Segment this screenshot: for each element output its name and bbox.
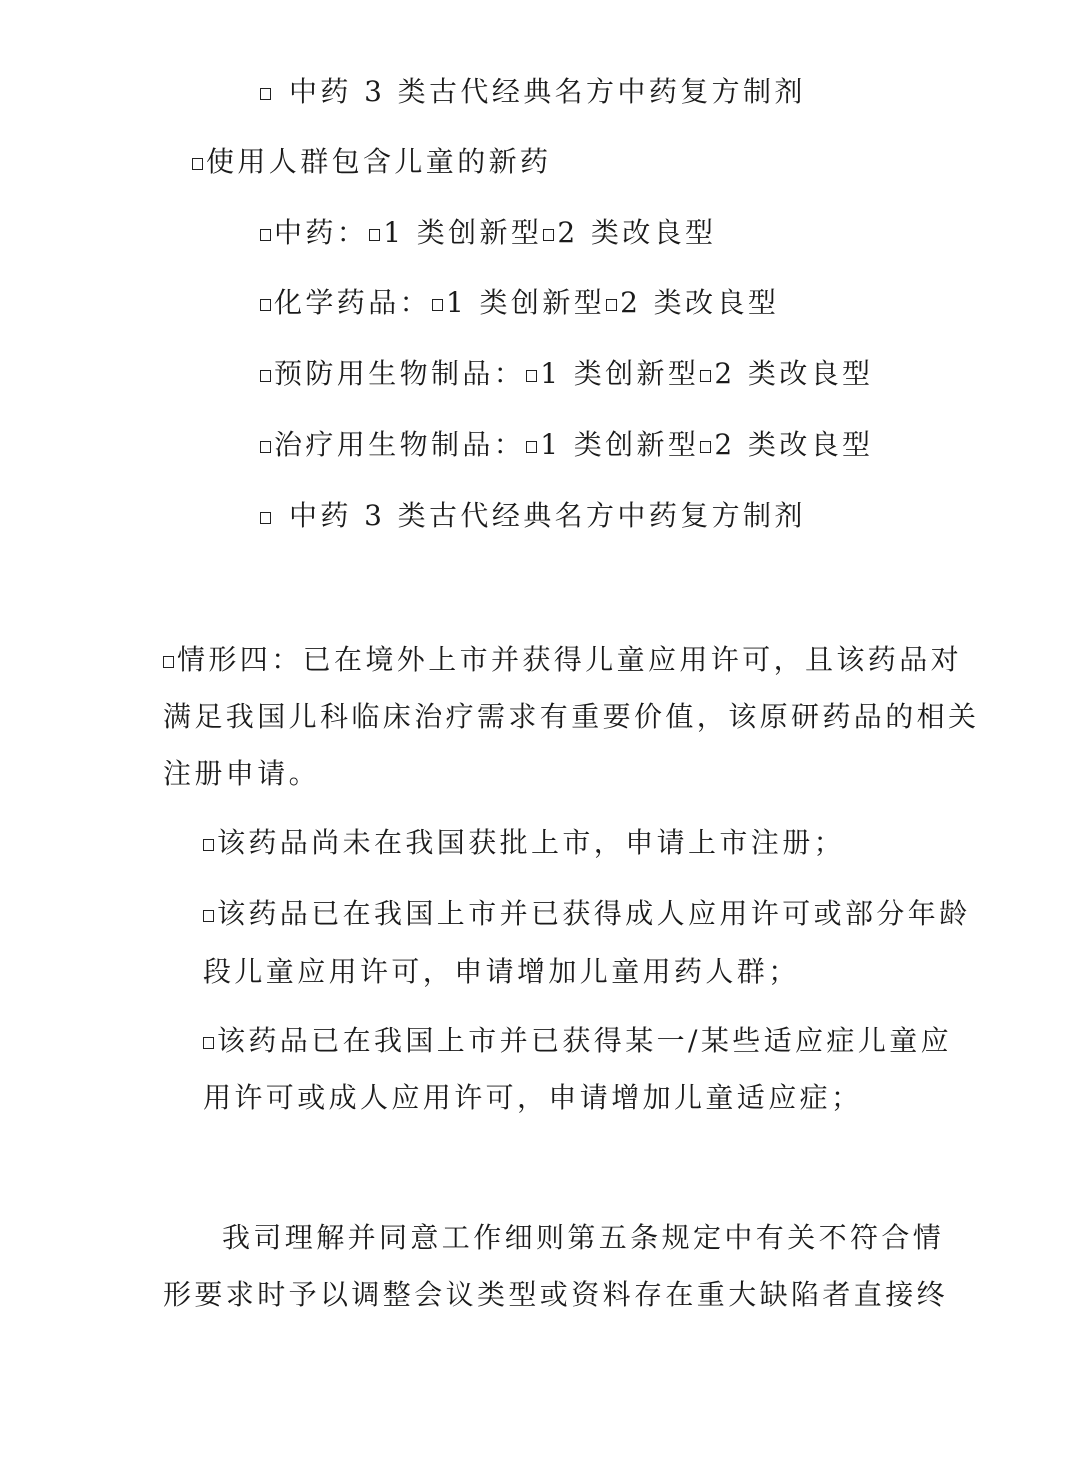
situation4-text-line2: 满足我国儿科临床治疗需求有重要价值，该原研药品的相关 <box>163 697 979 737</box>
option-improved: 2 类改良型 <box>620 286 779 319</box>
checkbox-icon[interactable] <box>203 1037 214 1049</box>
option-label: 中药 3 类古代经典名方中药复方制剂 <box>289 75 806 108</box>
situation4-suboption-add-population[interactable]: 该药品已在我国上市并已获得成人应用许可或部分年龄 <box>203 894 971 934</box>
checkbox-icon[interactable] <box>192 158 203 170</box>
checkbox-icon[interactable] <box>432 299 443 311</box>
option-improved: 2 类改良型 <box>714 428 873 461</box>
suboption-text-line2: 段儿童应用许可，申请增加儿童用药人群； <box>203 952 800 992</box>
category-label: 预防用生物制品： <box>274 357 525 390</box>
checkbox-icon[interactable] <box>260 512 271 524</box>
checkbox-icon[interactable] <box>260 299 271 311</box>
situation4-option[interactable]: 情形四：已在境外上市并获得儿童应用许可，且该药品对 <box>163 640 962 680</box>
tcm-class3-option-children[interactable]: 中药 3 类古代经典名方中药复方制剂 <box>260 496 806 536</box>
situation4-suboption-add-indication[interactable]: 该药品已在我国上市并已获得某一/某些适应症儿童应 <box>203 1021 952 1061</box>
option-improved: 2 类改良型 <box>714 357 873 390</box>
checkbox-icon[interactable] <box>203 910 214 922</box>
situation4-text-line3: 注册申请。 <box>163 754 320 794</box>
suboption-text: 该药品尚未在我国获批上市，申请上市注册； <box>217 826 845 859</box>
situation4-suboption-new-registration[interactable]: 该药品尚未在我国获批上市，申请上市注册； <box>203 823 845 863</box>
tcm-class3-option-top[interactable]: 中药 3 类古代经典名方中药复方制剂 <box>260 72 806 112</box>
checkbox-icon[interactable] <box>700 441 711 453</box>
option-innovative: 1 类创新型 <box>540 428 699 461</box>
children-item-therapeutic-biologics: 治疗用生物制品：1 类创新型2 类改良型 <box>260 425 873 465</box>
checkbox-icon[interactable] <box>369 229 380 241</box>
declaration-line1: 我司理解并同意工作细则第五条规定中有关不符合情 <box>222 1218 944 1258</box>
checkbox-icon[interactable] <box>543 229 554 241</box>
category-label: 化学药品： <box>274 286 431 319</box>
option-label: 中药 3 类古代经典名方中药复方制剂 <box>289 499 806 532</box>
option-innovative: 1 类创新型 <box>383 216 542 249</box>
children-item-chemical: 化学药品：1 类创新型2 类改良型 <box>260 283 779 323</box>
suboption-text-line1: 该药品已在我国上市并已获得某一/某些适应症儿童应 <box>217 1024 952 1057</box>
children-new-drug-heading[interactable]: 使用人群包含儿童的新药 <box>192 142 551 182</box>
checkbox-icon[interactable] <box>260 229 271 241</box>
checkbox-icon[interactable] <box>260 88 271 100</box>
children-item-preventive-biologics: 预防用生物制品：1 类创新型2 类改良型 <box>260 354 873 394</box>
checkbox-icon[interactable] <box>260 441 271 453</box>
declaration-line2: 形要求时予以调整会议类型或资料存在重大缺陷者直接终 <box>163 1275 948 1315</box>
option-innovative: 1 类创新型 <box>540 357 699 390</box>
option-improved: 2 类改良型 <box>557 216 716 249</box>
checkbox-icon[interactable] <box>526 441 537 453</box>
checkbox-icon[interactable] <box>526 370 537 382</box>
checkbox-icon[interactable] <box>260 370 271 382</box>
category-label: 治疗用生物制品： <box>274 428 525 461</box>
situation4-text-line1: 情形四：已在境外上市并获得儿童应用许可，且该药品对 <box>177 643 962 676</box>
suboption-text-line1: 该药品已在我国上市并已获得成人应用许可或部分年龄 <box>217 897 971 930</box>
checkbox-icon[interactable] <box>606 299 617 311</box>
children-item-tcm: 中药：1 类创新型2 类改良型 <box>260 213 716 253</box>
option-innovative: 1 类创新型 <box>446 286 605 319</box>
checkbox-icon[interactable] <box>700 370 711 382</box>
checkbox-icon[interactable] <box>163 656 174 668</box>
suboption-text-line2: 用许可或成人应用许可，申请增加儿童适应症； <box>203 1078 862 1118</box>
category-label: 中药： <box>274 216 368 249</box>
checkbox-icon[interactable] <box>203 839 214 851</box>
section-heading: 使用人群包含儿童的新药 <box>206 145 551 178</box>
